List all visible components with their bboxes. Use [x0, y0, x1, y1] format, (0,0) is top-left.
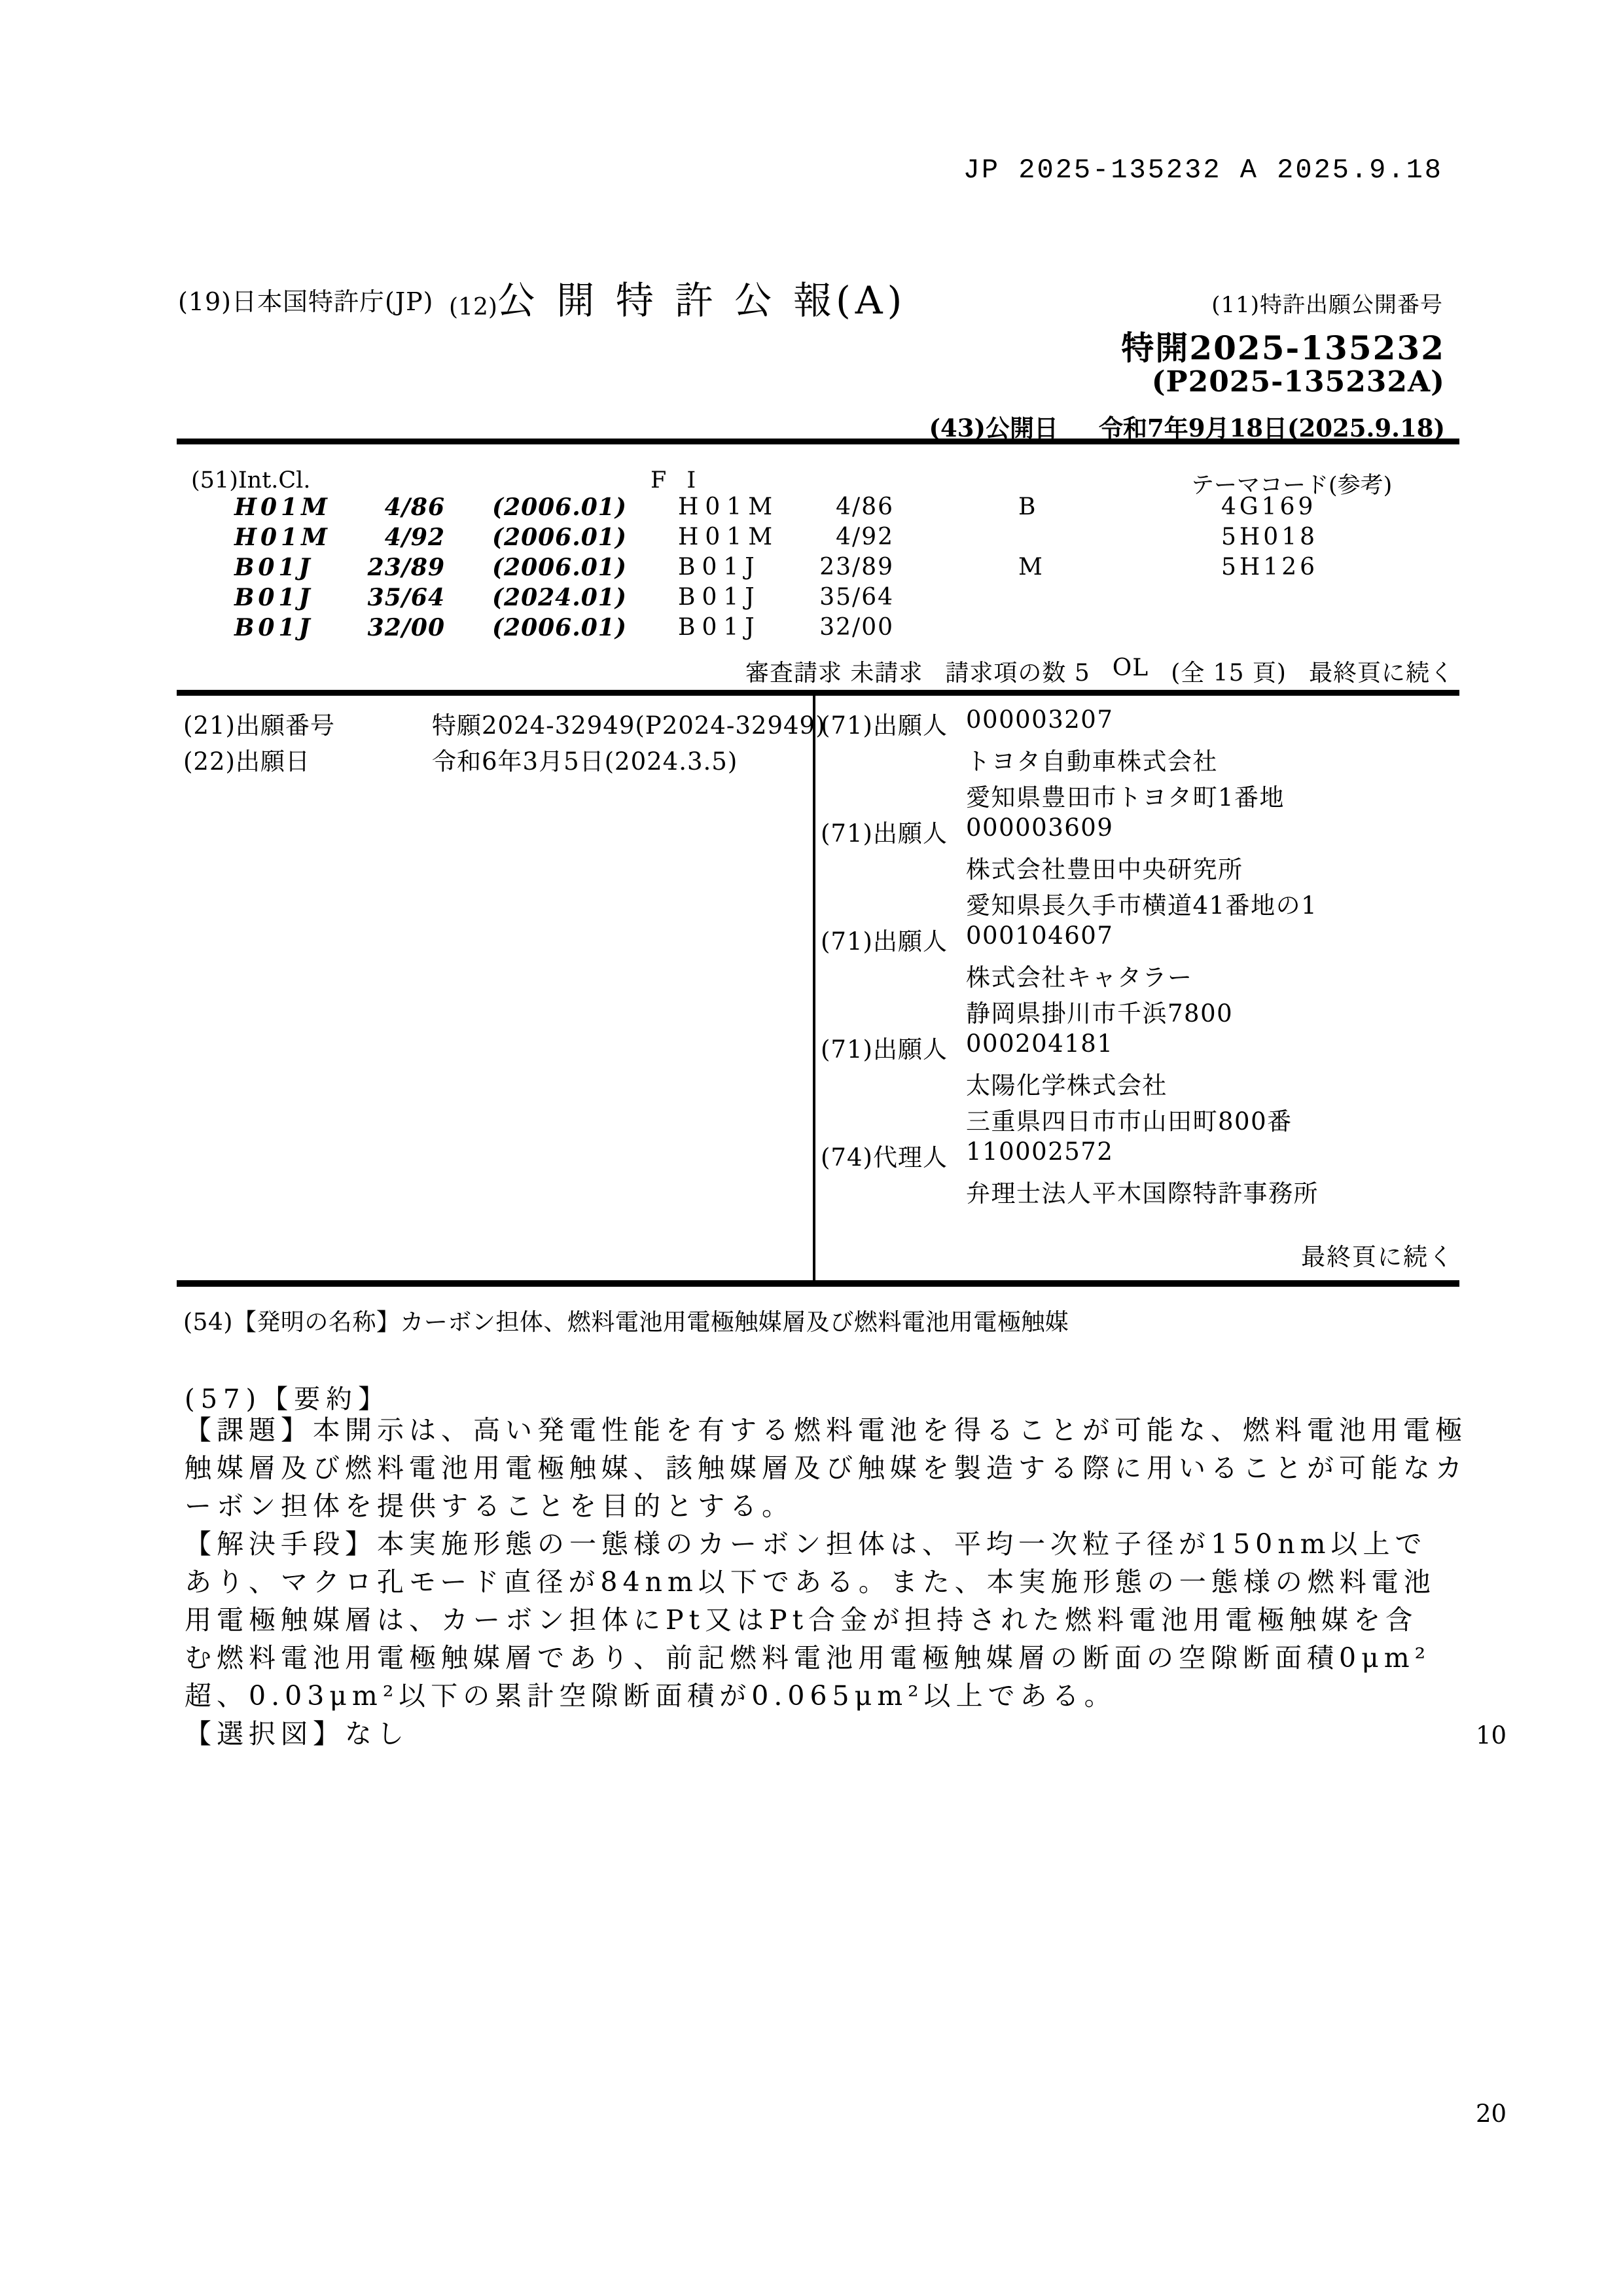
applicant-id: 000003609	[966, 814, 1113, 842]
continued-on-last-page-note: 最終頁に続く	[1301, 1237, 1454, 1272]
abstract-line: 【選択図】なし	[185, 1715, 1480, 1753]
intcl-version: (2006.01)	[492, 554, 627, 581]
applicant-row: (71)出願人 000204181	[821, 1030, 1470, 1066]
abstract-line: 超、0.03μm²以下の累計空隙断面積が0.065μm²以上である。	[185, 1677, 1480, 1715]
fi-class: B01J	[678, 554, 761, 581]
applicant-label: (71)出願人	[821, 1030, 948, 1065]
applicant-name: トヨタ自動車株式会社	[966, 742, 1218, 777]
publication-kind-title: 公 開 特 許 公 報(A)	[497, 270, 906, 325]
intcl-subclass: 4/92	[321, 524, 445, 551]
applicant-label: (71)出願人	[821, 922, 948, 957]
applicant-row: 静岡県掛川市千浜7800	[821, 994, 1470, 1030]
applicant-id: 000204181	[966, 1030, 1113, 1058]
applicants-list: (71)出願人 000003207 トヨタ自動車株式会社 愛知県豊田市トヨタ町1…	[821, 706, 1470, 1210]
intcl-class: H01M	[234, 493, 331, 521]
theme-code: 5H018	[1221, 524, 1318, 550]
line-number-20: 20	[1476, 2100, 1507, 2128]
abstract-line: あり、マクロ孔モード直径が84nm以下である。また、本実施形態の一態様の燃料電池	[185, 1563, 1480, 1601]
column-divider	[813, 696, 815, 1280]
applicant-address: 愛知県豊田市トヨタ町1番地	[966, 778, 1285, 813]
line-number-10: 10	[1476, 1721, 1507, 1749]
applicant-name: 太陽化学株式会社	[966, 1066, 1168, 1101]
publication-number: 特開2025-135232	[1121, 322, 1445, 369]
publication-number-label: (11)特許出願公開番号	[1211, 287, 1443, 319]
intcl-subclass: 4/86	[321, 493, 445, 521]
intcl-column-label: (51)Int.Cl.	[191, 467, 311, 493]
intcl-version: (2024.01)	[492, 584, 627, 611]
applicant-address: 静岡県掛川市千浜7800	[966, 994, 1233, 1029]
agent-row: 弁理士法人平木国際特許事務所	[821, 1174, 1470, 1210]
applicant-row: (71)出願人 000104607	[821, 922, 1470, 958]
applicant-row: 太陽化学株式会社	[821, 1066, 1470, 1102]
fi-subclass: 4/86	[763, 493, 894, 520]
fi-note: M	[1018, 554, 1043, 581]
applicant-row: 株式会社キャタラー	[821, 958, 1470, 994]
intcl-class: B01J	[234, 554, 314, 581]
applicant-label: (71)出願人	[821, 814, 948, 849]
fi-subclass: 23/89	[763, 554, 894, 581]
abstract-line: 用電極触媒層は、カーボン担体にPt又はPt合金が担持された燃料電池用電極触媒を含	[185, 1601, 1480, 1639]
horizontal-rule-middle	[177, 690, 1459, 696]
applicant-address: 愛知県長久手市横道41番地の1	[966, 886, 1317, 921]
fi-class: B01J	[678, 584, 761, 611]
fi-subclass: 32/00	[763, 614, 894, 641]
abstract-line: 【解決手段】本実施形態の一態様のカーボン担体は、平均一次粒子径が150nm以上で	[185, 1525, 1480, 1563]
total-pages: (全 15 頁)	[1171, 655, 1287, 688]
theme-code: 4G169	[1221, 493, 1316, 520]
application-info: (21)出願番号 特願2024-32949(P2024-32949) (22)出…	[183, 706, 805, 778]
applicant-address: 三重県四日市市山田町800番	[966, 1102, 1293, 1137]
patent-office-line: (19)日本国特許庁(JP)	[178, 281, 433, 317]
applicant-id: 000104607	[966, 922, 1113, 950]
intcl-class: B01J	[234, 584, 314, 611]
applicant-id: 000003207	[966, 706, 1113, 734]
claims-count: 請求項の数 5	[945, 655, 1090, 688]
agent-row: (74)代理人 110002572	[821, 1138, 1470, 1174]
agent-id: 110002572	[966, 1138, 1113, 1166]
intcl-class: H01M	[234, 524, 331, 551]
horizontal-rule-top	[177, 439, 1459, 444]
abstract-line: ーボン担体を提供することを目的とする。	[185, 1487, 1480, 1525]
fi-note: B	[1018, 493, 1035, 520]
abstract-line: む燃料電池用電極触媒層であり、前記燃料電池用電極触媒層の断面の空隙断面積0μm²	[185, 1639, 1480, 1677]
inid-code-12: (12)	[449, 294, 497, 325]
applicant-name: 株式会社キャタラー	[966, 958, 1193, 993]
theme-code: 5H126	[1221, 554, 1318, 581]
fi-subclass: 4/92	[763, 524, 894, 550]
classification-row: H01M 4/92 (2006.01) H01M 4/92 5H018	[183, 524, 1479, 554]
application-number: 特願2024-32949(P2024-32949)	[432, 706, 826, 741]
application-number-row: (21)出願番号 特願2024-32949(P2024-32949)	[183, 706, 805, 742]
examination-request-status: 審査請求 未請求	[745, 655, 923, 688]
applicant-row: 愛知県豊田市トヨタ町1番地	[821, 778, 1470, 814]
intcl-subclass: 35/64	[321, 584, 445, 611]
applicant-row: 三重県四日市市山田町800番	[821, 1102, 1470, 1138]
agent-label: (74)代理人	[821, 1138, 948, 1173]
applicant-label: (71)出願人	[821, 706, 948, 741]
publication-kind: (12) 公 開 特 許 公 報(A)	[449, 270, 906, 325]
intcl-subclass: 23/89	[321, 554, 445, 581]
classification-table: H01M 4/86 (2006.01) H01M 4/86 B 4G169 H0…	[183, 493, 1479, 644]
intcl-version: (2006.01)	[492, 614, 627, 641]
classification-row: B01J 23/89 (2006.01) B01J 23/89 M 5H126	[183, 554, 1479, 584]
intcl-version: (2006.01)	[492, 493, 627, 521]
examination-status-line: 審査請求 未請求 請求項の数 5 OL (全 15 頁) 最終頁に続く	[745, 655, 1454, 688]
agent-name: 弁理士法人平木国際特許事務所	[966, 1174, 1319, 1209]
fi-subclass: 35/64	[763, 584, 894, 611]
abstract-line: 【課題】本開示は、高い発電性能を有する燃料電池を得ることが可能な、燃料電池用電極	[185, 1411, 1480, 1449]
application-date-label: (22)出願日	[183, 742, 310, 777]
applicant-row: (71)出願人 000003609	[821, 814, 1470, 850]
ol-flag: OL	[1113, 655, 1149, 688]
intcl-subclass: 32/00	[321, 614, 445, 641]
applicant-name: 株式会社豊田中央研究所	[966, 850, 1243, 885]
application-date-row: (22)出願日 令和6年3月5日(2024.3.5)	[183, 742, 805, 778]
classification-row: H01M 4/86 (2006.01) H01M 4/86 B 4G169	[183, 493, 1479, 524]
abstract-line: 触媒層及び燃料電池用電極触媒、該触媒層及び触媒を製造する際に用いることが可能なカ	[185, 1449, 1480, 1487]
classification-row: B01J 35/64 (2024.01) B01J 35/64	[183, 584, 1479, 614]
fi-class: B01J	[678, 614, 761, 641]
horizontal-rule-bottom	[177, 1280, 1459, 1287]
classification-row: B01J 32/00 (2006.01) B01J 32/00	[183, 614, 1479, 644]
invention-title-line: (54)【発明の名称】カーボン担体、燃料電池用電極触媒層及び燃料電池用電極触媒	[183, 1304, 1069, 1337]
intcl-class: B01J	[234, 614, 314, 641]
application-date: 令和6年3月5日(2024.3.5)	[432, 742, 738, 777]
applicant-row: 株式会社豊田中央研究所	[821, 850, 1470, 886]
applicant-row: トヨタ自動車株式会社	[821, 742, 1470, 778]
publication-number-paren: (P2025-135232A)	[1152, 365, 1445, 399]
applicant-row: 愛知県長久手市横道41番地の1	[821, 886, 1470, 922]
abstract-heading: (57)【要約】	[185, 1378, 390, 1416]
intcl-version: (2006.01)	[492, 524, 627, 551]
application-number-label: (21)出願番号	[183, 706, 335, 741]
patent-front-page: JP 2025-135232 A 2025.9.18 (19)日本国特許庁(JP…	[0, 0, 1623, 2296]
page-header-document-id: JP 2025-135232 A 2025.9.18	[963, 154, 1443, 186]
fi-column-label: F I	[651, 467, 702, 493]
applicant-row: (71)出願人 000003207	[821, 706, 1470, 742]
continued-note: 最終頁に続く	[1309, 655, 1454, 688]
abstract-body: 【課題】本開示は、高い発電性能を有する燃料電池を得ることが可能な、燃料電池用電極…	[185, 1411, 1480, 1753]
